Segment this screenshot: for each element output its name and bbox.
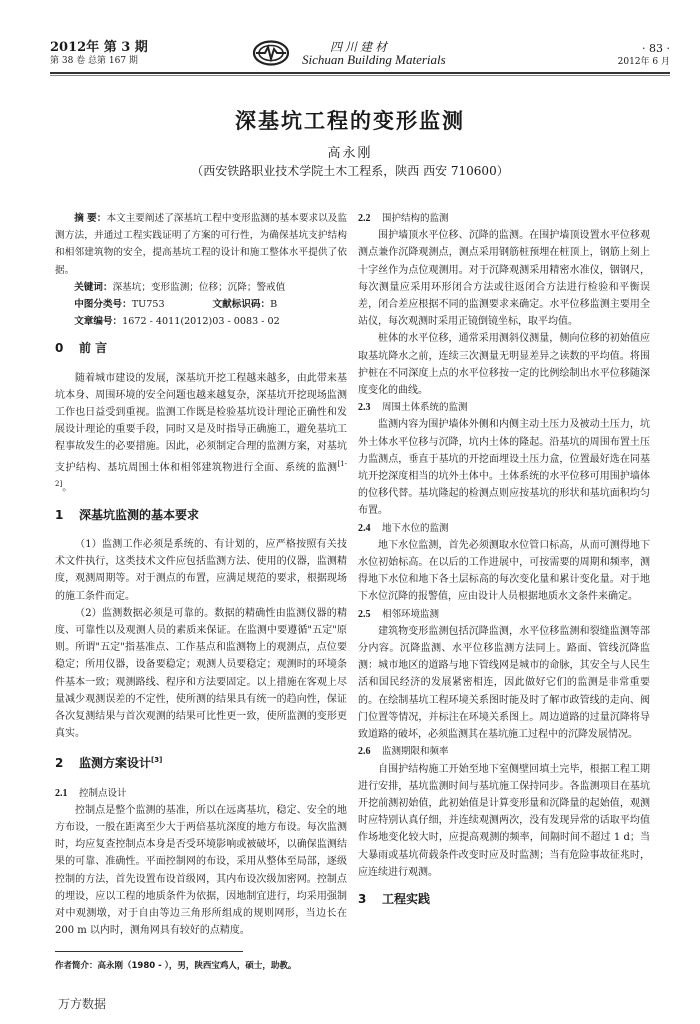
- journal-masthead: 四川建材 Sichuan Building Materials: [252, 40, 492, 70]
- section-heading-0: 0前 言: [55, 340, 347, 357]
- subsection-title: 地下水位的监测: [382, 523, 449, 534]
- doc-code-label: 文献标识码：: [213, 299, 271, 310]
- classification: 中图分类号：TU753文献标识码：B: [55, 296, 347, 313]
- citation: [3]: [151, 756, 162, 764]
- article-title: 深基坑工程的变形监测: [0, 105, 700, 135]
- journal-page: 2012年 第 3 期 第 38 卷 总第 167 期 四川建材 Sichuan…: [0, 0, 700, 1024]
- paragraph: 地下水位监测，首先必须测取水位管口标高，从而可测得地下水位初始标高。在以后的工作…: [358, 537, 650, 606]
- journal-logo-icon: [252, 40, 290, 66]
- page-info: · 83 · 2012年 6 月: [618, 42, 670, 68]
- subsection-heading-2-1: 2.1控制点设计: [55, 785, 347, 802]
- keywords: 关键词：深基坑；变形监测；位移；沉降；警戒值: [55, 279, 347, 296]
- publication-date: 2012年 6 月: [618, 56, 670, 68]
- issue-info: 2012年 第 3 期 第 38 卷 总第 167 期: [50, 40, 148, 67]
- paragraph: 围护墙顶水平位移、沉降的监测。在围护墙顶设置水平位移观测点兼作沉降观测点，测点采…: [358, 227, 650, 330]
- paragraph: 建筑物变形监测包括沉降监测，水平位移监测和裂缝监测等部分内容。沉降监测、水平位移…: [358, 623, 650, 743]
- keywords-label: 关键词：: [74, 282, 112, 293]
- subsection-title: 控制点设计: [79, 788, 127, 799]
- subsection-title: 相邻环境监测: [382, 609, 439, 620]
- watermark: 万方数据: [58, 995, 106, 1012]
- keywords-text: 深基坑；变形监测；位移；沉降；警戒值: [113, 282, 286, 293]
- paragraph-text: 随着城市建设的发展，深基坑开挖工程越来越多，由此带来基坑本身、周围环境的安全问题…: [55, 373, 347, 473]
- article-no-value: 1672 - 4011(2012)03 - 0083 - 02: [122, 316, 280, 327]
- subsection-heading-2-3: 2.3周围土体系统的监测: [358, 399, 650, 416]
- subsection-title: 监测期限和频率: [382, 746, 449, 757]
- article-no-label: 文章编号：: [74, 316, 122, 327]
- page-number: · 83 ·: [618, 42, 670, 56]
- volume-label: 第 38 卷 总第 167 期: [50, 55, 148, 67]
- author-footnote: 作者简介：高永刚（1980 - ），男，陕西宝鸡人，硕士，助教。: [55, 958, 347, 975]
- paragraph-end: 。: [62, 483, 72, 494]
- section-number: 3: [358, 891, 382, 908]
- subsection-number: 2.3: [358, 399, 382, 416]
- section-number: 2: [55, 755, 79, 772]
- section-title: 深基坑监测的基本要求: [79, 508, 199, 522]
- section-number: 0: [55, 340, 79, 357]
- subsection-heading-2-5: 2.5相邻环境监测: [358, 606, 650, 623]
- header-rule: [50, 72, 670, 74]
- section-title: 前 言: [79, 341, 107, 355]
- doc-code-value: B: [270, 299, 277, 310]
- issue-label: 2012年 第 3 期: [50, 40, 148, 55]
- subsection-title: 周围土体系统的监测: [382, 402, 468, 413]
- abstract-label: 摘 要：: [74, 213, 106, 224]
- paragraph: 监测内容为围护墙体外侧和内侧主动土压力及被动土压力，坑外土体水平位移与沉降，坑内…: [358, 416, 650, 519]
- section-title: 监测方案设计: [79, 756, 151, 770]
- paragraph: 自围护结构施工开始至地下室侧壁回填土完毕，根据工程工期进行安排，基坑监测时间与基…: [358, 761, 650, 881]
- subsection-number: 2.2: [358, 210, 382, 227]
- subsection-title: 围护结构的监测: [382, 213, 449, 224]
- subsection-number: 2.4: [358, 520, 382, 537]
- section-heading-3: 3工程实践: [358, 891, 650, 908]
- header-rule-thin: [50, 75, 670, 76]
- article-author: 高永刚: [0, 142, 700, 161]
- clc-value: TU753: [132, 299, 165, 310]
- paragraph: 控制点是整个监测的基准，所以在远离基坑，稳定、安全的地方布设，一般在距离至少大于…: [55, 802, 347, 940]
- footnote-rule: [55, 951, 243, 952]
- clc-label: 中图分类号：: [74, 299, 132, 310]
- running-header: 2012年 第 3 期 第 38 卷 总第 167 期 四川建材 Sichuan…: [50, 40, 670, 70]
- paragraph: 桩体的水平位移，通常采用测斜仪测量，侧向位移的初始值应取基坑降水之前，连续三次测…: [358, 330, 650, 399]
- section-title: 工程实践: [382, 892, 430, 906]
- subsection-heading-2-2: 2.2围护结构的监测: [358, 210, 650, 227]
- left-column: 摘 要：本文主要阐述了深基坑工程中变形监测的基本要求以及监测方法，并通过工程实践…: [55, 210, 347, 976]
- subsection-heading-2-6: 2.6监测期限和频率: [358, 743, 650, 760]
- section-number: 1: [55, 507, 79, 524]
- subsection-number: 2.5: [358, 606, 382, 623]
- paragraph: （2）监测数据必须是可靠的。数据的精确性由监测仪器的精度、可靠性以及观测人员的素…: [55, 605, 347, 743]
- subsection-number: 2.1: [55, 785, 79, 802]
- article-number: 文章编号：1672 - 4011(2012)03 - 0083 - 02: [55, 313, 347, 330]
- section-heading-1: 1深基坑监测的基本要求: [55, 507, 347, 524]
- paragraph: （1）监测工作必须是系统的、有计划的，应严格按照有关技术文件执行，这类技术文件应…: [55, 536, 347, 605]
- section-heading-2: 2监测方案设计[3]: [55, 752, 347, 772]
- abstract: 摘 要：本文主要阐述了深基坑工程中变形监测的基本要求以及监测方法，并通过工程实践…: [55, 210, 347, 279]
- journal-name-en: Sichuan Building Materials: [302, 52, 446, 68]
- right-column: 2.2围护结构的监测 围护墙顶水平位移、沉降的监测。在围护墙顶设置水平位移观测点…: [358, 210, 650, 920]
- subsection-heading-2-4: 2.4地下水位的监测: [358, 520, 650, 537]
- author-affiliation: （西安铁路职业技术学院土木工程系，陕西 西安 710600）: [0, 162, 700, 179]
- paragraph: 随着城市建设的发展，深基坑开挖工程越来越多，由此带来基坑本身、周围环境的安全问题…: [55, 370, 347, 497]
- subsection-number: 2.6: [358, 743, 382, 760]
